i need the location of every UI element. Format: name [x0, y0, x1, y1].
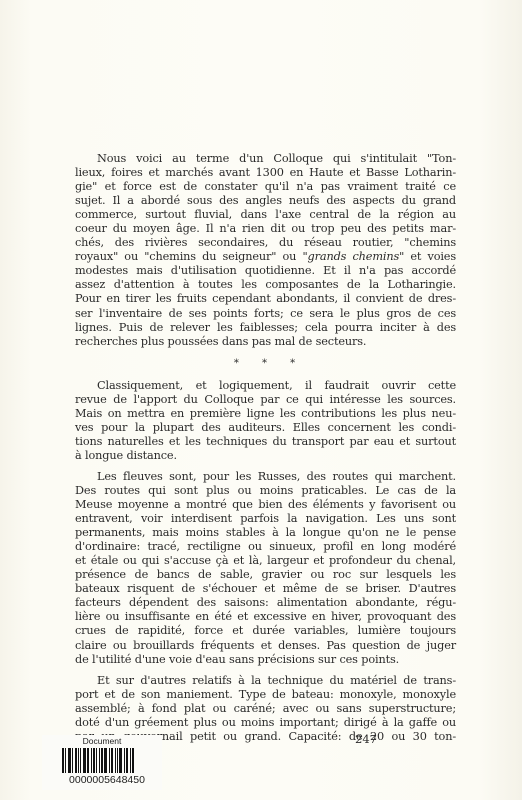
text-line: de l'utilité d'une voie d'eau sans préci…	[75, 653, 456, 667]
text-line: recherches plus poussées dans pas mal de…	[75, 335, 456, 349]
italic-phrase: grands chemins	[308, 250, 400, 263]
paragraph-4: Et sur d'autres relatifs à la technique …	[75, 674, 456, 744]
text-line: assez d'attention à toutes les composant…	[75, 278, 456, 292]
text-line: Pour en tirer les fruits cependant abond…	[75, 292, 456, 306]
text-line: présence de bancs de sable, gravier ou r…	[75, 568, 456, 582]
text-line: Meuse moyenne a montré que bien des élém…	[75, 498, 456, 512]
section-separator: * * *	[75, 349, 456, 379]
text-line: Nous voici au terme d'un Colloque qui s'…	[75, 152, 456, 166]
text-line-with-italic: royaux" ou "chemins du seigneur" ou "gra…	[75, 250, 456, 264]
text-line: lieux, foires et marchés avant 1300 en H…	[75, 166, 456, 180]
text-line: coeur du moyen âge. Il n'a rien dit ou t…	[75, 222, 456, 236]
text-line: lignes. Puis de relever les faiblesses; …	[75, 321, 456, 335]
text-line: ves pour la plupart des auditeurs. Elles…	[75, 421, 456, 435]
text-line: chés, des rivières secondaires, du résea…	[75, 236, 456, 250]
text-line: entravent, voir interdisent parfois la n…	[75, 512, 456, 526]
text-line: commerce, surtout fluvial, dans l'axe ce…	[75, 208, 456, 222]
barcode-icon	[62, 748, 158, 773]
text-line: doté d'un gréement plus ou moins importa…	[75, 716, 456, 730]
text-line: revue de l'apport du Colloque par ce qui…	[75, 393, 456, 407]
text-line: gie" et force est de constater qu'il n'a…	[75, 180, 456, 194]
text-line: Classiquement, et logiquement, il faudra…	[75, 379, 456, 393]
page-number: 247	[355, 732, 377, 746]
text-line: permanents, mais moins stables à la long…	[75, 526, 456, 540]
text-line: Et sur d'autres relatifs à la technique …	[75, 674, 456, 688]
text-line: crues de rapidité, force et durée variab…	[75, 624, 456, 638]
text-line: d'ordinaire: tracé, rectiligne ou sinueu…	[75, 540, 456, 554]
barcode-title: Document	[42, 736, 162, 746]
paragraph-2: Classiquement, et logiquement, il faudra…	[75, 379, 456, 463]
scanned-page: Nous voici au terme d'un Colloque qui s'…	[0, 0, 522, 800]
text-line: facteurs dépendent des saisons: alimenta…	[75, 596, 456, 610]
text-line: ser l'inventaire de ses points forts; ce…	[75, 307, 456, 321]
text-line: port et de son maniement. Type de bateau…	[75, 688, 456, 702]
text-line: tions naturelles et les techniques du tr…	[75, 435, 456, 449]
text-line: à longue distance.	[75, 449, 456, 463]
text-line: modestes mais d'utilisation quotidienne.…	[75, 264, 456, 278]
text-line: bateaux risquent de s'échouer et même de…	[75, 582, 456, 596]
paragraph-1: Nous voici au terme d'un Colloque qui s'…	[75, 152, 456, 349]
paragraph-3: Les fleuves sont, pour les Russes, des r…	[75, 470, 456, 667]
text-line: lière ou insuffisante en été et excessiv…	[75, 610, 456, 624]
text-line: Des routes qui sont plus ou moins pratic…	[75, 484, 456, 498]
text-line: claire ou brouillards fréquents et dense…	[75, 639, 456, 653]
text-line: Mais on mettra en première ligne les con…	[75, 407, 456, 421]
text-line: Les fleuves sont, pour les Russes, des r…	[75, 470, 456, 484]
text-line: sujet. Il a abordé sous des angles neufs…	[75, 194, 456, 208]
text-line: assemblé; à fond plat ou caréné; avec ou…	[75, 702, 456, 716]
text-line: et étale ou qui s'accuse çà et là, large…	[75, 554, 456, 568]
barcode-label: Document 0000005648450	[42, 735, 162, 790]
barcode-number: 0000005648450	[42, 774, 162, 786]
body-text: Nous voici au terme d'un Colloque qui s'…	[75, 152, 456, 744]
